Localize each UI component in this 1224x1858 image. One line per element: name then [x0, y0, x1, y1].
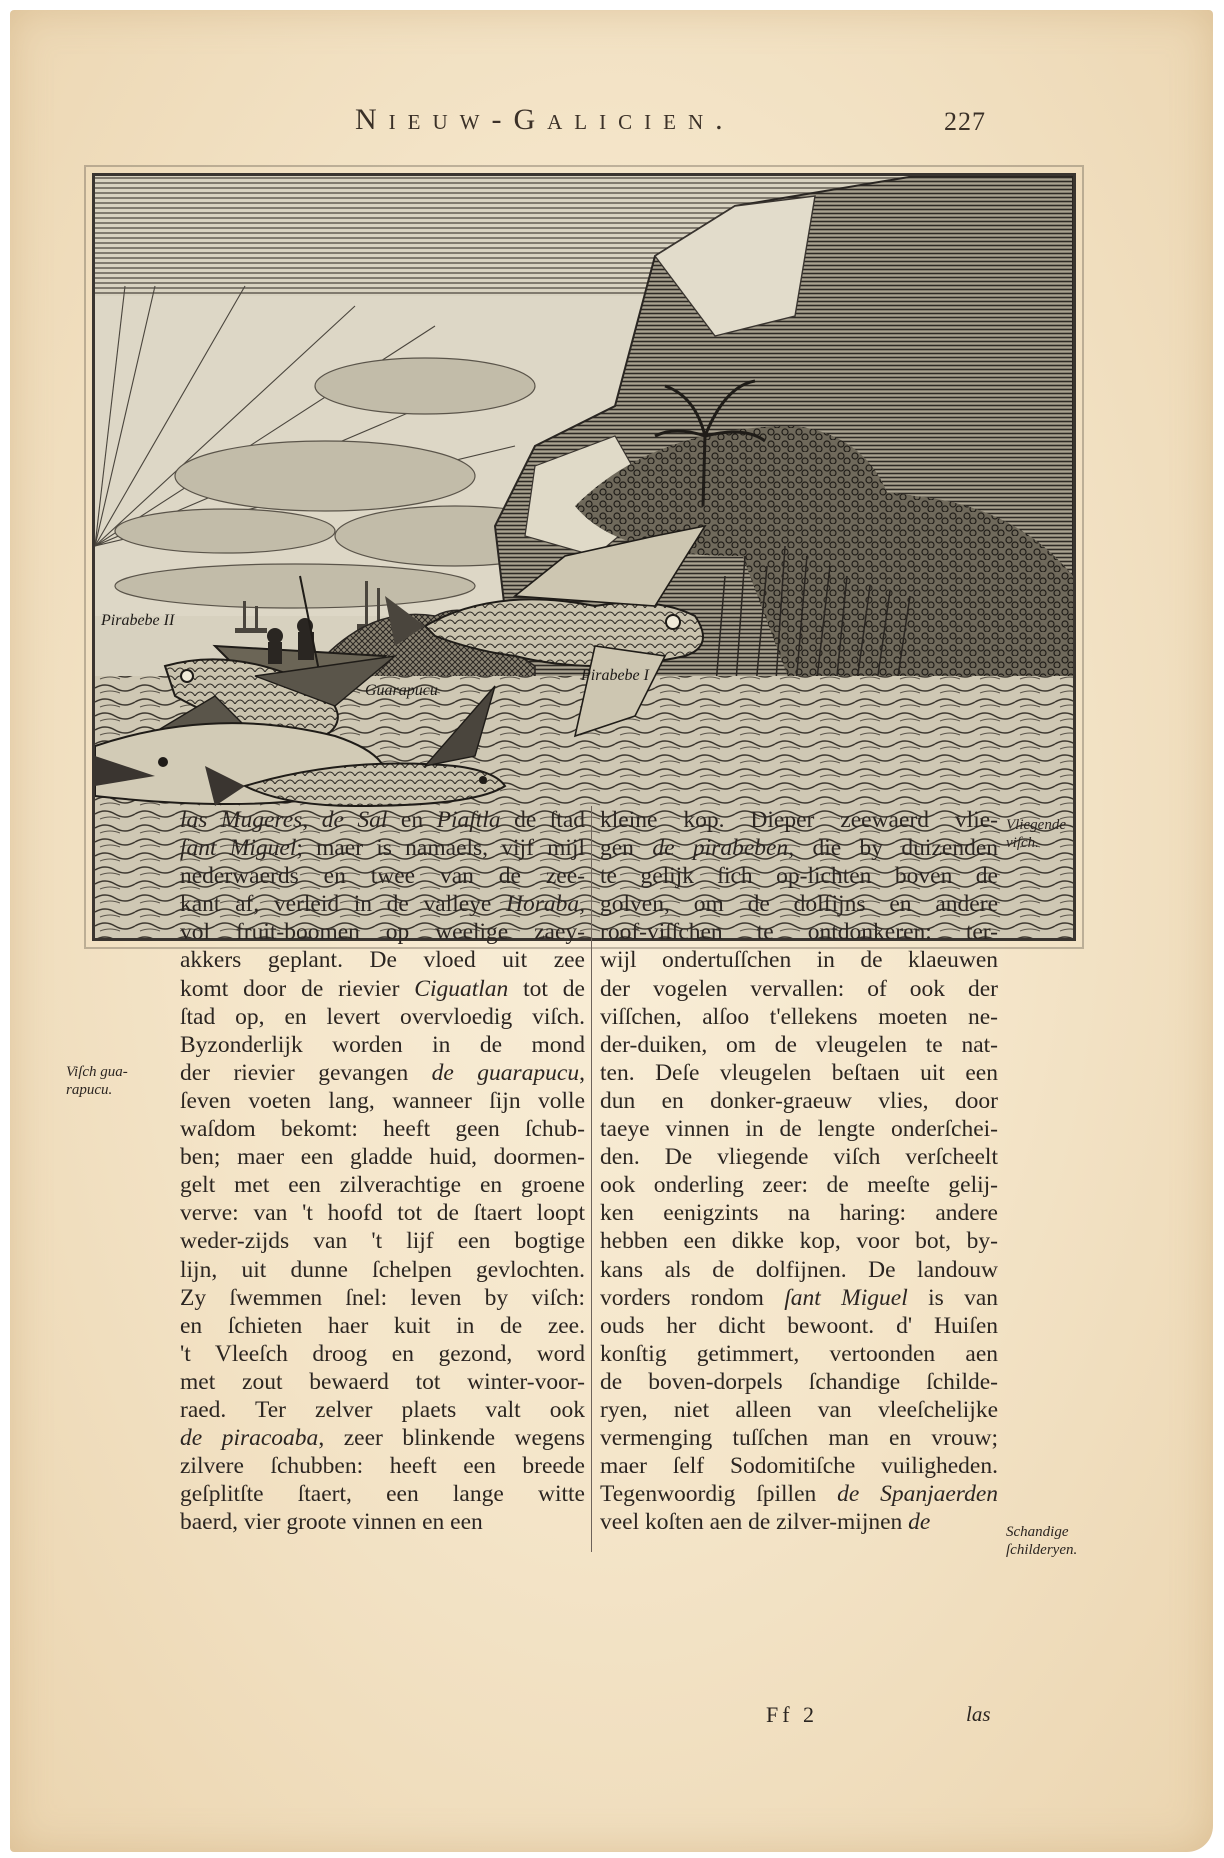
text-line: akkers geplant. De vloed uit zee [180, 946, 585, 974]
plate-label-pirabebe-1: Pirabebe I [581, 667, 649, 685]
margin-note-schandige-schilderyen: Schandige ſchilderyen. [1006, 1523, 1077, 1559]
text-line: Byzonderlijk worden in de mond [180, 1031, 585, 1059]
margin-note-vliegende-visch: Vliegende viſch. [1006, 816, 1066, 852]
text-line: dun en donker-graeuw vlies, door [600, 1087, 998, 1115]
text-line: kant af, verleid in de valleye Horaba, [180, 890, 585, 918]
text-line: baerd, vier groote vinnen en een [180, 1508, 585, 1536]
text-line: gen de pirabeben, die by duizenden [600, 834, 998, 862]
text-line: der rievier gevangen de guarapucu, [180, 1059, 585, 1087]
text-column-right: kleine kop. Dieper zeewaerd vlie-gen de … [600, 806, 998, 1536]
text-line: de piracoaba, zeer blinkende wegens [180, 1424, 585, 1452]
text-line: ſant Miguel; maer is namaels, vijf mijl [180, 834, 585, 862]
text-line: ouds her dicht bewoont. d' Huiſen [600, 1312, 998, 1340]
text-line: veel koſten aen de zilver-mijnen de [600, 1508, 998, 1536]
text-line: komt door de rievier Ciguatlan tot de [180, 975, 585, 1003]
text-line: zilvere ſchubben: heeft een breede [180, 1452, 585, 1480]
text-line: den. De vliegende viſch verſcheelt [600, 1143, 998, 1171]
text-line: en ſchieten haer kuit in de zee. [180, 1312, 585, 1340]
text-line: roof-viſſchen te ontdonkeren: ter- [600, 918, 998, 946]
page-number: 227 [944, 107, 986, 137]
text-line: ken eenigzints na haring: andere [600, 1199, 998, 1227]
signature-mark: Ff 2 [766, 1702, 818, 1728]
text-line: Zy ſwemmen ſnel: leven by viſch: [180, 1284, 585, 1312]
text-line: vorders rondom ſant Miguel is van [600, 1284, 998, 1312]
plate-label-guarapucu: Guarapucu [365, 682, 438, 700]
text-line: Tegenwoordig ſpillen de Spanjaerden [600, 1480, 998, 1508]
text-line: vol fruit-boomen op weelige zaey- [180, 918, 585, 946]
text-line: verve: van 't hoofd tot de ſtaert loopt [180, 1199, 585, 1227]
text-line: konſtig getimmert, vertoonden aen [600, 1340, 998, 1368]
catchword: las [966, 1702, 991, 1727]
text-line: de boven-dorpels ſchandige ſchilde- [600, 1368, 998, 1396]
text-line: weder-zijds van 't lijf een bogtige [180, 1227, 585, 1255]
text-line: hebben een dikke kop, voor bot, by- [600, 1227, 998, 1255]
text-line: golven, om de dolfijns en andere [600, 890, 998, 918]
text-line: las Mugeres, de Sal en Piaſtla de ſtad [180, 806, 585, 834]
text-line: nederwaerds en twee van de zee- [180, 862, 585, 890]
book-page: Nieuw-Galicien. 227 [10, 10, 1213, 1852]
text-line: te gelijk ſich op-lichten boven de [600, 862, 998, 890]
text-line: wijl ondertuſſchen in de klaeuwen [600, 946, 998, 974]
text-line: der vogelen vervallen: of ook der [600, 975, 998, 1003]
text-line: taeye vinnen in de lengte onderſchei- [600, 1115, 998, 1143]
text-line: ben; maer een gladde huid, doormen- [180, 1143, 585, 1171]
text-line: ten. Deſe vleugelen beſtaen uit een [600, 1059, 998, 1087]
text-line: ook onderling zeer: de meeſte gelij- [600, 1171, 998, 1199]
text-line: maer ſelf Sodomitiſche vuiligheden. [600, 1452, 998, 1480]
column-rule [591, 806, 592, 1552]
text-line: waſdom bekomt: heeft geen ſchub- [180, 1115, 585, 1143]
text-line: raed. Ter zelver plaets valt ook [180, 1396, 585, 1424]
text-line: der-duiken, om de vleugelen te nat- [600, 1031, 998, 1059]
text-line: gelt met een zilverachtige en groene [180, 1171, 585, 1199]
running-title: Nieuw-Galicien. [355, 103, 735, 137]
text-line: 't Vleeſch droog en gezond, word [180, 1340, 585, 1368]
text-line: vermenging tuſſchen man en vrouw; [600, 1424, 998, 1452]
show-through-text [1010, 1290, 1014, 1307]
text-line: kleine kop. Dieper zeewaerd vlie- [600, 806, 998, 834]
text-line: kans als de dolfijnen. De landouw [600, 1256, 998, 1284]
text-line: met zout bewaerd tot winter-voor- [180, 1368, 585, 1396]
margin-note-visch-guarapucu: Viſch gua- rapucu. [66, 1063, 128, 1099]
text-line: ſeven voeten lang, wanneer ſijn volle [180, 1087, 585, 1115]
plate-label-pirabebe-2: Pirabebe II [101, 612, 174, 630]
text-line: geſplitſte ſtaert, een lange witte [180, 1480, 585, 1508]
text-line: viſſchen, alſoo t'ellekens moeten ne- [600, 1003, 998, 1031]
text-line: lijn, uit dunne ſchelpen gevlochten. [180, 1256, 585, 1284]
text-line: ſtad op, en levert overvloedig viſch. [180, 1003, 585, 1031]
text-line: ryen, niet alleen van vleeſchelijke [600, 1396, 998, 1424]
text-column-left: las Mugeres, de Sal en Piaſtla de ſtadſa… [180, 806, 585, 1536]
